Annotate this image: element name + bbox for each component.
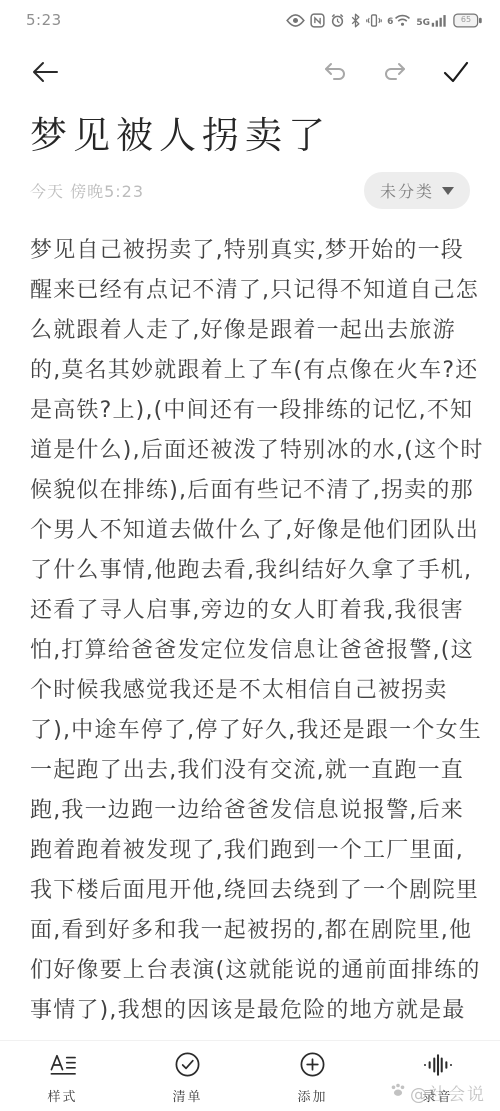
body-line: 道是什么),后面还被泼了特别冰的水,(这个时 [30,431,472,471]
add-icon [299,1051,326,1081]
wifi-icon: 6 [387,13,411,27]
body-line: 跑,我一边跑一边给爸爸发信息说报警,后来 [30,791,472,831]
editor-toolbar [0,40,500,104]
signal-icon: 5G [416,13,448,28]
category-chip[interactable]: 未分类 [364,172,470,209]
checklist-button[interactable]: 清单 [125,1041,250,1111]
redo-button[interactable] [376,55,414,89]
body-line: 个时候我感觉我还是不太相信自己被拐卖 [30,671,472,711]
voice-waveform-icon [421,1052,455,1081]
note-meta-row: 今天 傍晚5:23 未分类 [0,160,500,209]
checklist-label: 清单 [172,1086,202,1105]
bluetooth-icon [350,13,361,28]
body-line: 候貌似在排练),后面有些记不清了,拐卖的那 [30,471,472,511]
vibrate-icon [366,13,382,28]
battery-level: 65 [453,13,479,27]
back-button[interactable] [24,53,66,91]
undo-button[interactable] [316,55,354,89]
bottom-toolbar: 样式 清单 添加 录音 @社会说 [0,1040,500,1111]
body-line: 了),中途车停了,停了好久,我还是跟一个女生 [30,711,472,751]
checklist-icon [174,1051,201,1081]
body-line: 的,莫名其妙就跟着上了车(有点像在火车?还 [30,351,472,391]
body-line: 是高铁?上),(中间还有一段排练的记忆,不知 [30,391,472,431]
chevron-down-icon [442,187,454,195]
body-line: 我下楼后面甩开他,绕回去绕到了一个剧院里 [30,871,472,911]
note-body[interactable]: 梦见自己被拐卖了,特别真实,梦开始的一段 醒来已经有点记不清了,只记得不知道自己… [0,209,500,1040]
status-time: 5:23 [26,11,62,29]
add-label: 添加 [297,1086,327,1105]
body-line: 醒来已经有点记不清了,只记得不知道自己怎 [30,271,472,311]
body-line: 个男人不知道去做什么了,好像是他们团队出 [30,511,472,551]
note-timestamp: 今天 傍晚5:23 [30,179,144,202]
status-icons: 6 5G 65 [286,13,484,28]
battery-icon: 65 [453,13,484,28]
body-line: 面,看到好多和我一起被拐的,都在剧院里,他 [30,911,472,951]
confirm-button[interactable] [436,54,476,90]
body-line: 一起跑了出去,我们没有交流,就一直跑一直 [30,751,472,791]
category-label: 未分类 [380,179,434,202]
body-line: 还看了寻人启事,旁边的女人盯着我,我很害 [30,591,472,631]
notes-app-screen: 5:23 6 5G [0,0,500,1111]
style-label: 样式 [47,1086,77,1105]
body-line: 跑着跑着被发现了,我们跑到一个工厂里面, [30,831,472,871]
body-line: 了什么事情,他跑去看,我纠结好久拿了手机, [30,551,472,591]
voice-label: 录音 [422,1086,452,1105]
network-type-label: 5G [416,19,430,28]
body-line: 么就跟着人走了,好像是跟着一起出去旅游 [30,311,472,351]
status-bar: 5:23 6 5G [0,0,500,40]
body-line: 事情了),我想的因该是最危险的地方就是最 [30,991,472,1031]
body-line: 梦见自己被拐卖了,特别真实,梦开始的一段 [30,231,472,271]
body-line: 们好像要上台表演(这就能说的通前面排练的 [30,951,472,991]
note-title[interactable]: 梦见被人拐卖了 [30,112,470,160]
nfc-icon [310,13,325,28]
wifi-generation-label: 6 [387,18,393,27]
alarm-icon [330,13,345,28]
text-style-icon [48,1052,78,1081]
style-button[interactable]: 样式 [0,1041,125,1111]
add-button[interactable]: 添加 [250,1041,375,1111]
voice-button[interactable]: 录音 [375,1041,500,1111]
body-line: 怕,打算给爸爸发定位发信息让爸爸报警,(这 [30,631,472,671]
eye-comfort-icon [286,13,305,28]
